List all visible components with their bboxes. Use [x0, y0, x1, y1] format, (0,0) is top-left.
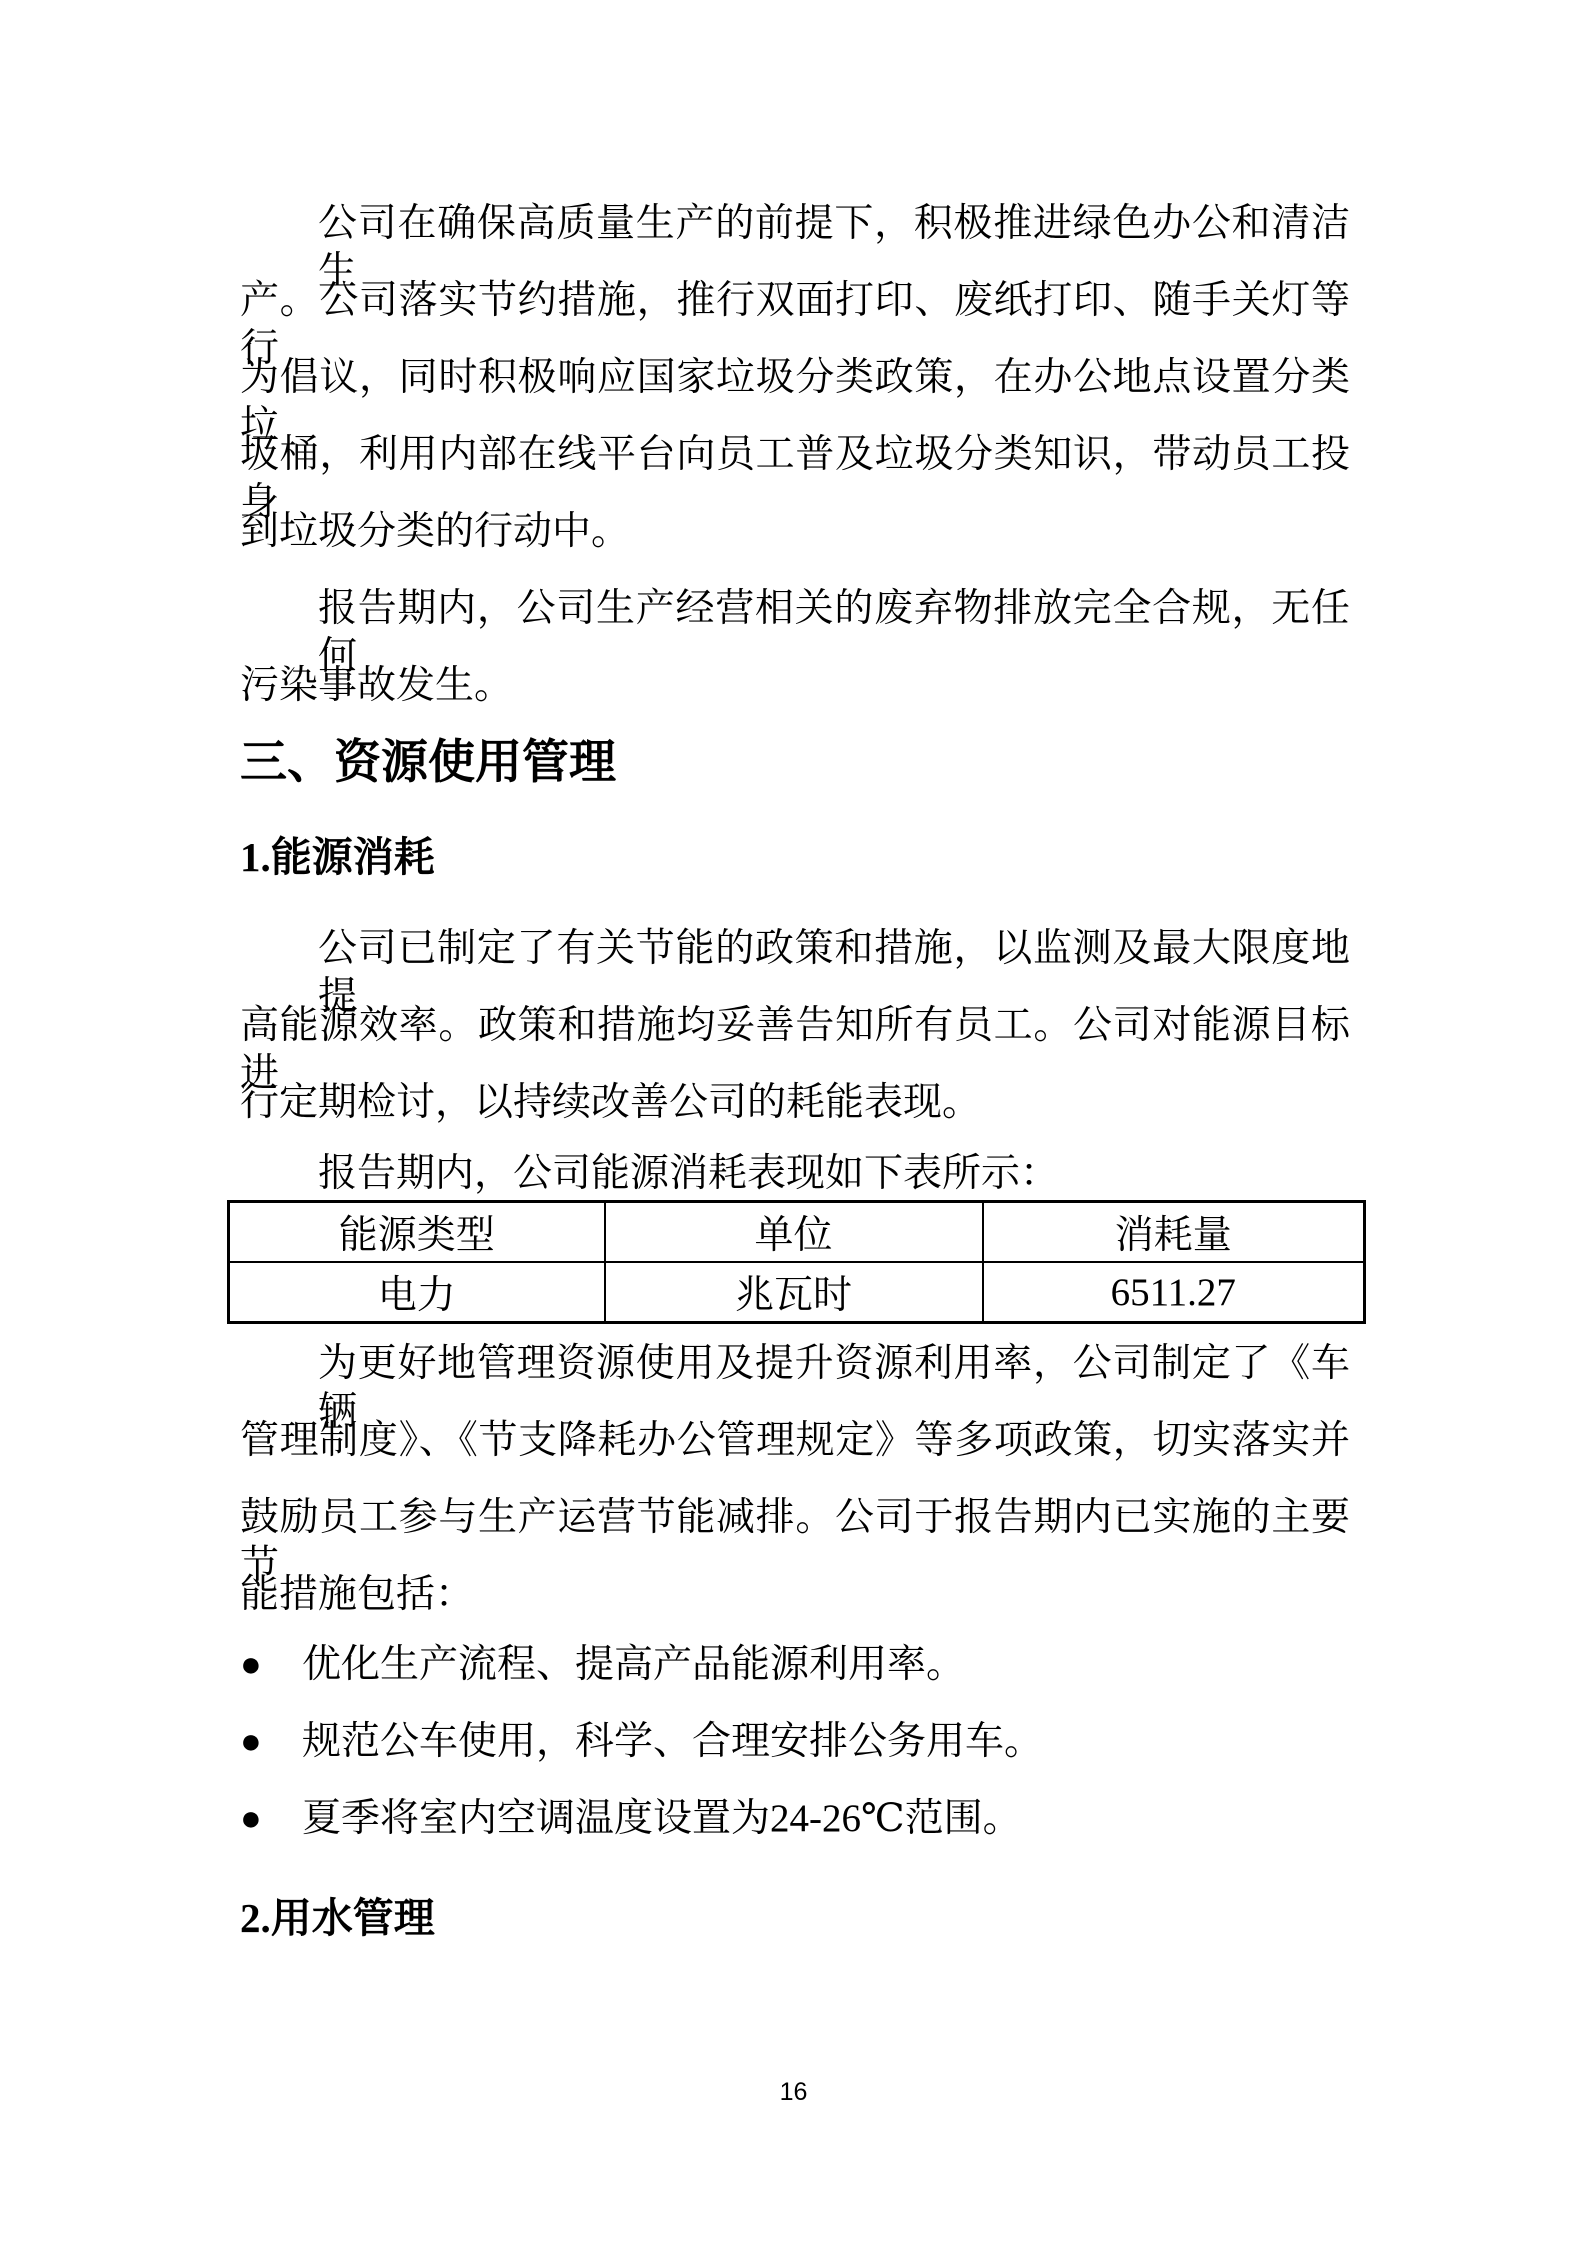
table-header-unit: 单位: [605, 1202, 983, 1263]
page-number: 16: [0, 2078, 1587, 2107]
table-cell-energy-type: 电力: [229, 1262, 605, 1323]
bullet-icon: ●: [240, 1640, 280, 1688]
list-item: ●夏季将室内空调温度设置为24-26℃范围。: [240, 1794, 1350, 1843]
bullet-icon: ●: [240, 1794, 280, 1842]
document-page: 公司在确保高质量生产的前提下，积极推进绿色办公和清洁生 产。公司落实节约措施，推…: [0, 0, 1587, 2245]
table-cell-unit: 兆瓦时: [605, 1262, 983, 1323]
list-item-text: 优化生产流程、提高产品能源利用率。: [302, 1643, 965, 1686]
paragraph-line: 污染事故发生。: [240, 662, 1350, 710]
table-header-consumption: 消耗量: [983, 1202, 1365, 1263]
list-item: ●规范公车使用，科学、合理安排公务用车。: [240, 1717, 1350, 1766]
list-item-text: 规范公车使用，科学、合理安排公务用车。: [302, 1720, 1043, 1763]
paragraph-line: 到垃圾分类的行动中。: [240, 508, 1350, 556]
subsection-heading-water: 2.用水管理: [240, 1893, 1350, 1943]
table-header-energy-type: 能源类型: [229, 1202, 605, 1263]
paragraph-line: 能措施包括：: [240, 1571, 1350, 1619]
table-intro-line: 报告期内，公司能源消耗表现如下表所示：: [240, 1150, 1350, 1198]
bullet-icon: ●: [240, 1717, 280, 1765]
table-row: 电力 兆瓦时 6511.27: [229, 1262, 1365, 1323]
section-heading: 三、资源使用管理: [240, 735, 1350, 791]
list-item-text: 夏季将室内空调温度设置为24-26℃范围。: [302, 1797, 1022, 1840]
energy-consumption-table: 能源类型 单位 消耗量 电力 兆瓦时 6511.27: [227, 1200, 1366, 1324]
paragraph-line: 行定期检讨，以持续改善公司的耗能表现。: [240, 1079, 1350, 1127]
list-item: ●优化生产流程、提高产品能源利用率。: [240, 1640, 1350, 1689]
table-cell-consumption: 6511.27: [983, 1262, 1365, 1323]
table-header-row: 能源类型 单位 消耗量: [229, 1202, 1365, 1263]
subsection-heading-energy: 1.能源消耗: [240, 832, 1350, 882]
paragraph-line: 管理制度》、《节支降耗办公管理规定》等多项政策，切实落实并: [240, 1417, 1350, 1465]
